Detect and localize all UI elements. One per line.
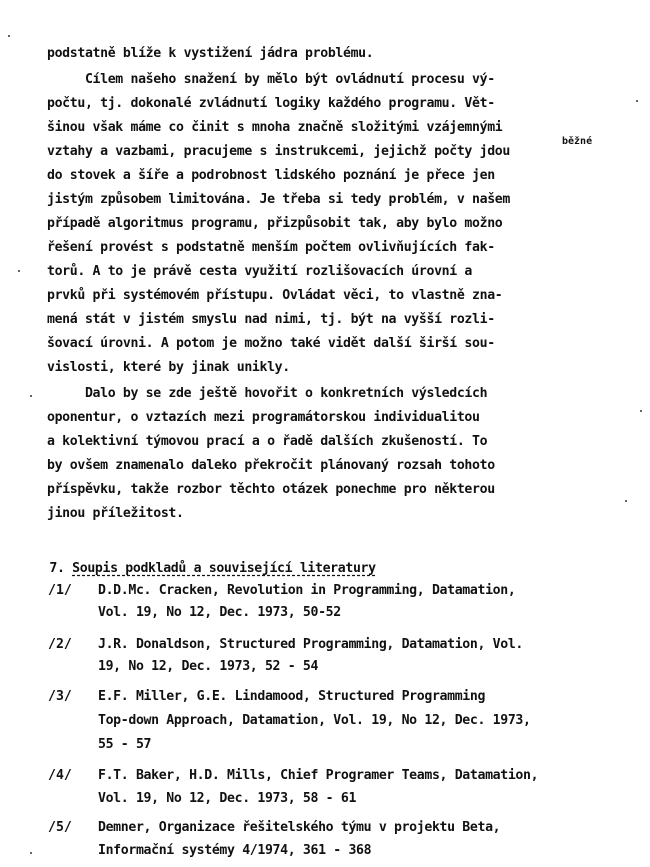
reference-line: Vol. 19, No 12, Dec. 1973, 58 - 61 (98, 791, 356, 807)
reference-number: /2/ (48, 637, 72, 653)
text-line: prvků při systémovém přístupu. Ovládat v… (47, 288, 502, 304)
reference-line: 55 - 57 (98, 737, 151, 753)
text-line: případě algoritmus programu, přizpůsobit… (47, 216, 502, 232)
section-title: Soupis podkladů a související literatury (72, 561, 376, 576)
text-line: příspěvku, takže rozbor těchto otázek po… (47, 482, 495, 498)
reference-line: D.D.Mc. Cracken, Revolution in Programmi… (98, 583, 515, 599)
text-line: torů. A to je právě cesta využití rozliš… (47, 264, 472, 280)
reference-line: Demner, Organizace řešitelského týmu v p… (98, 820, 500, 836)
text-line: do stovek a šíře a podrobnost lidského p… (47, 168, 495, 184)
text-line: a kolektivní týmovou prací a o řadě dalš… (47, 434, 487, 450)
reference-line: Informační systémy 4/1974, 361 - 368 (98, 843, 371, 859)
section-number: 7. (49, 561, 64, 576)
scan-speck (640, 410, 642, 412)
reference-number: /5/ (48, 820, 72, 836)
text-line: by ovšem znamenalo daleko překročit plán… (47, 458, 495, 474)
text-line: mená stát v jistém smyslu nad nimi, tj. … (47, 312, 495, 328)
scan-speck (18, 270, 20, 272)
reference-line: E.F. Miller, G.E. Lindamood, Structured … (98, 689, 485, 705)
text-line: podstatně blíže k vystižení jádra problé… (47, 46, 373, 62)
scan-speck (625, 500, 627, 502)
scan-speck (30, 852, 32, 854)
text-line: Cílem našeho snažení by mělo být ovládnu… (47, 72, 495, 88)
reference-line: Vol. 19, No 12, Dec. 1973, 50-52 (98, 605, 341, 621)
reference-number: /4/ (48, 768, 72, 784)
scan-speck (8, 35, 10, 37)
text-line: řešení provést s podstatně menším počtem… (47, 240, 495, 256)
scan-speck (30, 395, 32, 397)
handwritten-annotation: běžné (562, 137, 592, 147)
text-line: počtu, tj. dokonalé zvládnutí logiky kaž… (47, 96, 495, 112)
reference-line: F.T. Baker, H.D. Mills, Chief Programer … (98, 768, 538, 784)
text-line: šinou však máme co činit s mnoha značně … (47, 120, 502, 136)
text-line: vztahy a vazbami, pracujeme s instrukcem… (47, 144, 510, 160)
typewritten-page: podstatně blíže k vystižení jádra problé… (0, 0, 650, 867)
text-line: jistým způsobem limitována. Je třeba si … (47, 192, 510, 208)
reference-line: 19, No 12, Dec. 1973, 52 - 54 (98, 659, 318, 675)
text-line: oponentur, o vztazích mezi programátorsk… (47, 410, 480, 426)
text-line: vislosti, které by jinak unikly. (47, 360, 290, 376)
reference-number: /1/ (48, 583, 72, 599)
text-line: šovací úrovni. A potom je možno také vid… (47, 336, 495, 352)
reference-number: /3/ (48, 689, 72, 705)
scan-speck (636, 100, 638, 102)
text-line: jinou příležitost. (47, 506, 184, 522)
reference-line: Top-down Approach, Datamation, Vol. 19, … (98, 713, 531, 729)
reference-line: J.R. Donaldson, Structured Programming, … (98, 637, 523, 653)
text-line: Dalo by se zde ještě hovořit o konkretní… (47, 386, 487, 402)
